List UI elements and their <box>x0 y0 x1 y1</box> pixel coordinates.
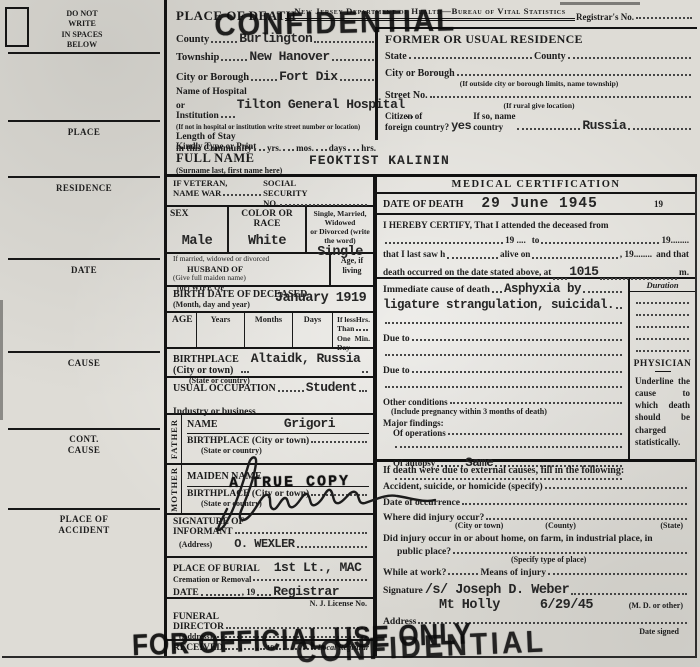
father-vertical-text: FATHER <box>169 419 179 459</box>
age-days-col: Days <box>293 313 333 347</box>
industry-row: Industry or business <box>167 399 373 415</box>
dotted-line <box>412 339 622 341</box>
res-city-note: (If outside city or borough limits, name… <box>385 79 693 88</box>
dotted-line <box>492 291 502 293</box>
confidential-stamp-top: CONFIDENTIAL <box>214 3 456 43</box>
dotted-line <box>223 194 261 196</box>
causes-fields: Immediate cause of death Asphyxia by lig… <box>377 279 628 459</box>
margin-label-place-of-accident: PLACE OF ACCIDENT <box>8 514 160 537</box>
immediate-cause-label: Immediate cause of death <box>383 284 490 295</box>
less-than-day-cell: If lessHrs. Than One DayMin. <box>333 313 373 347</box>
duration-header: Duration <box>630 279 695 292</box>
sex-value: Male <box>170 234 224 250</box>
means-of-injury-label: Means of injury <box>480 567 546 578</box>
physician-label: PHYSICIAN <box>630 359 695 369</box>
dotted-line <box>297 546 368 548</box>
full-name-labels: Kindly Type or Print FULL NAME (Surname … <box>176 141 282 175</box>
lessthan-1: If less <box>337 315 356 324</box>
full-name-band: Kindly Type or Print FULL NAME (Surname … <box>167 140 697 177</box>
dotted-line <box>616 307 622 309</box>
margin-rule <box>8 508 160 510</box>
birthplace-row: BIRTHPLACE (City or town) Altaidk, Russi… <box>167 349 373 378</box>
hospital-note: (If not in hospital or institution write… <box>176 124 376 131</box>
certify-saw: that I last saw h <box>383 247 445 262</box>
birthdate-row: BIRTH DATE OF DECEASED (Month, day and y… <box>167 287 373 313</box>
medical-certification-column: MEDICAL CERTIFICATION DATE OF DEATH 29 J… <box>375 177 697 656</box>
dotted-line <box>311 441 367 443</box>
margin-label-cont-cause: CONT. CAUSE <box>8 434 160 457</box>
immediate-cause-row: Immediate cause of death Asphyxia by <box>383 282 624 296</box>
date-of-death-value: 29 June 1945 <box>481 196 597 212</box>
ssn-label-2: SECURITY <box>263 189 369 199</box>
res-city-label: City or Borough <box>385 68 455 79</box>
dotted-line <box>448 433 622 435</box>
certify-occurred: death occurred on the date stated above,… <box>383 265 551 280</box>
duration-blank <box>636 338 689 340</box>
blank-line <box>383 386 624 391</box>
occurrence-label: Date of occurrence <box>383 497 460 508</box>
full-name-value: FEOKTIST KALININ <box>309 153 450 168</box>
father-birthplace-note: (State or country) <box>187 446 369 455</box>
dotted-line <box>583 291 622 293</box>
citizen-labels: Citizen of foreign country? <box>385 111 449 133</box>
dotted-line <box>447 257 498 259</box>
state-county-field: State County <box>385 51 693 62</box>
ifso-label-2: country <box>473 122 515 133</box>
accident-label: Accident, suicide, or homicide (specify) <box>383 481 543 492</box>
due-to-row-1: Due to <box>383 334 624 344</box>
father-side-label: FATHER <box>167 415 182 463</box>
signature-place-row: Mt Holly 6/29/45 (M. D. or other) <box>383 598 689 613</box>
dotted-line <box>395 478 622 480</box>
spouse-labels: If married, widowed or divorced HUSBAND … <box>167 254 329 285</box>
dotted-line <box>571 593 687 595</box>
margin-rule <box>8 176 160 178</box>
due-to-label-1: Due to <box>383 334 410 344</box>
margin-label-place: PLACE <box>8 127 160 138</box>
physician-signature-row: Signature /s/ Joseph D. Weber <box>383 583 689 598</box>
citizen-label-1: Citizen of <box>385 111 449 122</box>
dotted-line <box>362 371 368 373</box>
father-birthplace-label: BIRTHPLACE (City or town) <box>187 436 309 446</box>
signature-date-value: 6/29/45 <box>540 598 593 613</box>
margin-rule <box>8 428 160 430</box>
father-name-label: NAME <box>187 419 218 430</box>
dotted-line <box>385 354 622 356</box>
dotted-line <box>359 390 367 392</box>
while-at-work-label: While at work? <box>383 567 446 578</box>
dotted-line <box>340 79 374 81</box>
street-note: (If rural give location) <box>385 101 693 110</box>
duration-blank <box>636 302 689 304</box>
veteran-label-2: NAME WAR <box>173 189 221 199</box>
min-label: Min. <box>355 334 370 343</box>
sex-cell: SEX Male <box>167 207 229 252</box>
margin-label-residence: RESIDENCE <box>8 183 160 194</box>
occurrence-row: Date of occurrence <box>383 497 689 508</box>
dotted-line <box>280 204 367 206</box>
hrs-label: Hrs. <box>356 315 370 324</box>
occupation-row: USUAL OCCUPATION Student <box>167 378 373 399</box>
operations-label: Of operations <box>393 428 446 438</box>
duration-blank <box>636 314 689 316</box>
causes-section: Immediate cause of death Asphyxia by lig… <box>377 279 695 462</box>
race-value: White <box>232 234 302 250</box>
township-field: Township New Hanover <box>176 49 376 64</box>
veteran-field: IF VETERAN, NAME WAR <box>173 179 263 205</box>
work-means-row: While at work? Means of injury <box>383 567 689 578</box>
township-label: Township <box>176 52 219 63</box>
city-value: Fort Dix <box>279 69 337 84</box>
certify-paragraph: I HEREBY CERTIFY, That I attended the de… <box>377 215 695 279</box>
mother-vertical-text: MOTHER <box>169 467 179 512</box>
date-of-death-label: DATE OF DEATH <box>383 199 463 210</box>
father-fields: NAME Grigori BIRTHPLACE (City or town) (… <box>182 415 373 463</box>
occupation-value: Student <box>306 380 357 395</box>
signature-label: Signature <box>383 585 423 596</box>
res-city-field: City or Borough <box>385 68 693 79</box>
dotted-line <box>221 116 235 118</box>
registrar-value: Registrar <box>273 584 339 599</box>
other-conditions-label: Other conditions <box>383 397 448 407</box>
lessthan-2: Than <box>337 324 354 333</box>
underline-cause-note: Underline the cause to which death shoul… <box>630 375 695 448</box>
dotted-line <box>385 242 503 244</box>
dotted-line <box>486 518 687 520</box>
funeral-label-1: FUNERAL <box>173 612 219 622</box>
dotted-line <box>450 402 622 404</box>
dotted-line <box>311 494 367 496</box>
registrar-no-label: Registrar's No. <box>576 12 634 22</box>
dotted-line <box>636 17 692 19</box>
marital-label-1: Single, Married, Widowed <box>310 209 370 227</box>
occupation-label: USUAL OCCUPATION <box>173 383 276 394</box>
certify-line-1: I HEREBY CERTIFY, That I attended the de… <box>383 218 689 233</box>
certify-to: to <box>532 233 540 248</box>
scan-artifact <box>560 2 640 5</box>
dotted-line <box>356 329 368 331</box>
certify-line-2: 19 .... to 19........ <box>383 233 689 248</box>
margin-label-date: DATE <box>8 265 160 276</box>
death-certificate-scan: DO NOT WRITE IN SPACES BELOW PLACE RESID… <box>0 0 700 667</box>
accident-row: Accident, suicide, or homicide (specify) <box>383 481 689 492</box>
where-county-note: (County) <box>545 521 576 530</box>
age-label: AGE <box>167 313 197 347</box>
city-label: City or Borough <box>176 72 249 83</box>
form-columns: IF VETERAN, NAME WAR SOCIAL SECURITY NO.… <box>167 177 697 656</box>
date-yr: , 19 <box>242 587 256 597</box>
external-causes-title: If death were due to external causes, fi… <box>383 465 689 476</box>
due-to-label-2: Due to <box>383 366 410 376</box>
certify-19a: 19 .... <box>505 233 526 248</box>
dotted-line <box>409 57 532 59</box>
dotted-line <box>548 573 687 575</box>
mother-birthplace-note: (State or country) <box>187 499 369 508</box>
signature-place-value: Mt Holly <box>439 598 500 613</box>
street-field: Street No. <box>385 90 693 101</box>
birthplace-label: BIRTHPLACE (City or town) <box>173 354 239 376</box>
burial-row: PLACE OF BURIAL 1st Lt., MAC Cremation o… <box>167 558 373 582</box>
dotted-line <box>253 579 367 581</box>
dotted-line <box>517 128 580 130</box>
place-of-death-fields: County Burlington Township New Hanover C… <box>176 31 376 157</box>
citizen-value: yes <box>451 119 471 133</box>
informant-address-label: (Address) <box>173 540 212 549</box>
sex-label: SEX <box>170 209 224 219</box>
do-not-write-note: DO NOT WRITE IN SPACES BELOW <box>30 9 134 51</box>
where-city-note: (City or town) <box>455 521 503 530</box>
due-to-row-2: Due to <box>383 366 624 376</box>
dotted-line <box>314 41 374 43</box>
license-row: N. J. License No. <box>167 599 373 610</box>
dotted-line <box>257 594 271 596</box>
spouse-row: If married, widowed or divorced HUSBAND … <box>167 254 373 287</box>
duration-blank <box>636 326 689 328</box>
county-label: County <box>176 34 209 45</box>
birthplace-value: Altaidk, Russia <box>251 351 361 366</box>
birthdate-value: January 1919 <box>275 291 366 306</box>
informant-label-1: SIGNATURE OF <box>173 517 244 527</box>
father-section: FATHER NAME Grigori BIRTHPLACE (City or … <box>167 415 373 465</box>
margin-rule <box>8 258 160 260</box>
did-injury-line-1: Did injury occur in or about home, on fa… <box>383 533 689 544</box>
spouse-line-3: (Give full maiden name) <box>173 274 327 283</box>
burial-label-1: PLACE OF BURIAL <box>173 564 260 574</box>
dotted-line <box>628 128 691 130</box>
township-value: New Hanover <box>249 49 329 64</box>
dotted-line <box>541 242 659 244</box>
full-name-label: FULL NAME <box>176 151 282 166</box>
certify-and-that: and that <box>656 247 689 262</box>
dotted-line <box>385 386 622 388</box>
dotted-line <box>251 79 277 81</box>
certify-alive-on: alive on <box>500 247 530 262</box>
age-row: AGE Years Months Days If lessHrs. Than O… <box>167 313 373 349</box>
sex-race-marital-row: SEX Male COLOR OR RACE White Single, Mar… <box>167 207 373 254</box>
external-causes-section: If death were due to external causes, fi… <box>377 462 695 636</box>
where-state-note: (State) <box>660 521 683 530</box>
age-years-col: Years <box>197 313 245 347</box>
ifso-labels: If so, name country <box>473 111 515 133</box>
spouse-line-1: If married, widowed or divorced <box>173 255 327 264</box>
other-conditions-row: Other conditions <box>383 397 624 407</box>
certificate-form: PLACE OF DEATH New Jersey Department of … <box>164 0 698 656</box>
surname-note: (Surname last, first name here) <box>176 166 282 175</box>
certify-m: m. <box>679 265 689 280</box>
immediate-cause-row-2: ligature strangulation, suicidal. <box>383 298 624 312</box>
date-of-death-yr: 19 <box>654 199 689 209</box>
place-type-note: (Specify type of place) <box>511 555 586 564</box>
medical-certification-title: MEDICAL CERTIFICATION <box>377 177 695 194</box>
dotted-line <box>241 371 249 373</box>
ssn-field: SOCIAL SECURITY NO. <box>263 179 369 205</box>
street-label: Street No. <box>385 90 428 101</box>
age-months-col: Months <box>245 313 293 347</box>
dotted-line <box>430 96 691 98</box>
father-name-value: Grigori <box>284 416 335 431</box>
dotted-line <box>448 573 478 575</box>
public-place-label: public place? <box>383 546 451 557</box>
city-field: City or Borough Fort Dix <box>176 69 376 84</box>
veteran-ssn-row: IF VETERAN, NAME WAR SOCIAL SECURITY NO. <box>167 177 373 207</box>
nj-license-label: N. J. License No. <box>310 599 367 608</box>
state-label: State <box>385 51 407 62</box>
hospital-field: or Institution Tilton General Hospital <box>176 97 376 121</box>
dotted-line <box>545 487 687 489</box>
citizen-field: Citizen of foreign country? yes If so, n… <box>385 111 693 133</box>
certify-line-3: that I last saw h alive on , 19........ … <box>383 247 689 262</box>
dotted-line <box>395 446 622 448</box>
race-label: COLOR OR RACE <box>232 209 302 229</box>
mother-side-label: MOTHER <box>167 465 182 513</box>
dotted-line <box>457 74 691 76</box>
physician-signature-value: /s/ Joseph D. Weber <box>425 583 569 598</box>
res-county-label: County <box>534 51 566 62</box>
margin-rule <box>8 52 160 54</box>
informant-row: SIGNATURE OF INFORMANT (Address) O. WEXL… <box>167 515 373 558</box>
date-of-death-row: DATE OF DEATH 29 June 1945 19 <box>377 194 695 215</box>
blank-line <box>383 322 624 327</box>
dotted-line <box>568 57 691 59</box>
dotted-line <box>462 503 687 505</box>
marital-label-2: or Divorced (write the word) <box>310 227 370 245</box>
dotted-line <box>332 59 374 61</box>
blank-line <box>383 354 624 359</box>
immediate-cause-value-2: ligature strangulation, suicidal. <box>383 298 614 312</box>
dotted-line <box>235 532 367 534</box>
ifso-label-1: If so, name <box>473 111 515 122</box>
informant-label-2: INFORMANT <box>173 527 233 537</box>
dotted-line <box>532 257 618 259</box>
left-margin-column: DO NOT WRITE IN SPACES BELOW PLACE RESID… <box>0 0 164 656</box>
operations-row: Of operations <box>383 428 624 438</box>
certify-19b: 19........ <box>661 233 689 248</box>
dotted-line <box>385 322 622 324</box>
country-value: Russia <box>582 118 626 133</box>
major-findings-label: Major findings: <box>383 418 624 428</box>
citizen-label-2: foreign country? <box>385 122 449 133</box>
blank-line <box>383 446 624 451</box>
margin-label-cause: CAUSE <box>8 358 160 369</box>
marital-cell: Single, Married, Widowed or Divorced (wr… <box>307 207 373 252</box>
true-copy-stamp: A TRUE COPY <box>229 473 350 492</box>
margin-empty-box <box>5 7 29 47</box>
dotted-line <box>221 59 247 61</box>
certify-19c: , 19........ <box>620 247 652 262</box>
former-residence-box: FORMER OR USUAL RESIDENCE State County C… <box>375 27 697 140</box>
date-label: DATE <box>173 588 199 598</box>
duration-blank <box>636 350 689 352</box>
divider-dash <box>655 371 671 372</box>
registrar-date-row: DATE , 19 Registrar <box>167 582 373 599</box>
registrar-no-field: Registrar's No. <box>576 12 694 22</box>
margin-rule <box>8 351 160 353</box>
immediate-cause-value-1: Asphyxia by <box>504 282 581 296</box>
dotted-line <box>412 371 622 373</box>
dotted-line <box>453 552 687 554</box>
personal-column: IF VETERAN, NAME WAR SOCIAL SECURITY NO.… <box>167 177 375 656</box>
scan-artifact <box>0 300 3 420</box>
pregnancy-note: (Include pregnancy within 3 months of de… <box>383 407 624 416</box>
margin-rule <box>8 120 160 122</box>
hospital-label-1: Name of Hospital <box>176 87 376 97</box>
duration-physician-sidebar: Duration PHYSICIAN Underline the cause t… <box>628 279 695 459</box>
informant-title-value: 1st Lt., MAC <box>274 560 362 575</box>
race-cell: COLOR OR RACE White <box>229 207 307 252</box>
kindly-type-note: Kindly Type or Print <box>176 141 282 151</box>
hospital-label-2: or Institution <box>176 101 219 121</box>
md-or-other-note: (M. D. or other) <box>629 601 683 610</box>
dotted-line <box>278 390 304 392</box>
dotted-line <box>201 594 240 596</box>
informant-name-value: O. WEXLER <box>234 537 294 551</box>
age-if-living-cell: Age, if living <box>329 254 373 285</box>
